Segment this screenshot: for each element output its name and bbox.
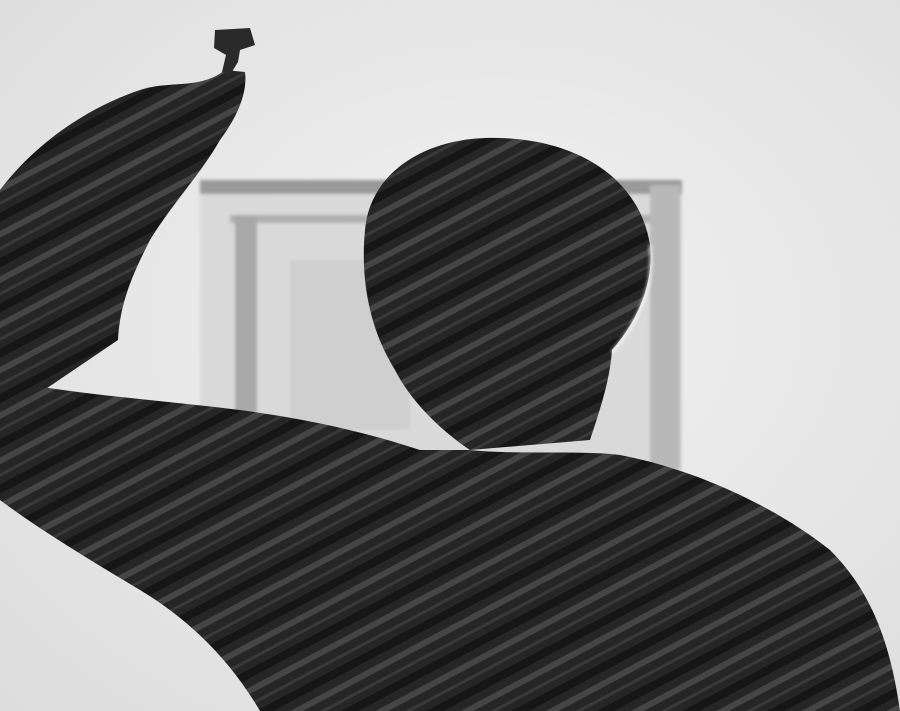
film-still: Black-and-white film still: dark silhoue…	[0, 0, 900, 711]
scene-illustration	[0, 0, 900, 711]
